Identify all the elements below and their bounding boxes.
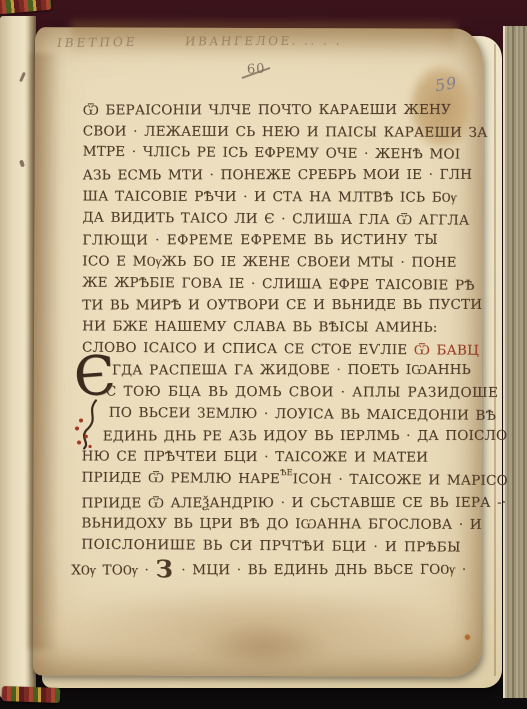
text-segment: ПРІИДЕ Ѿ РЕМЛЮ НАРЕ <box>82 469 280 487</box>
text-line-with-correction: ПРІИДЕ Ѿ РЕМЛЮ НАРЕѢЕІСОН · ТАІСОЖЕ И МА… <box>81 467 471 494</box>
facing-page-edge <box>0 16 36 698</box>
text-line: ЖЕ ЖРѢБІЕ ГОВА ІЕ · СЛИША ЕФРЕ ТАІСОВІЕ … <box>82 272 472 297</box>
text-line: ІСО Е МѸЖЬ БО ІЕ ЖЕНЕ СВОЕИ МТЫ · ПОНЕ <box>82 251 472 274</box>
text-segment: ГДА РАСПЕША ГА ЖИДОВЕ · ПОЕТЬ ІѠАННЬ <box>112 362 471 379</box>
text-line: ДА ВИДИТЬ ТАІСО ЛИ Є · СЛИША ГЛА Ѿ АГГЛА <box>82 207 472 232</box>
folio-number: 59 <box>435 73 458 96</box>
cyrillic-numeral: З <box>155 554 174 583</box>
stain <box>46 583 467 670</box>
text-line: Ѿ БЕРАІСОНІИ ЧЛЧЕ ПОЧТО КАРАЕШИ ЖЕНУ <box>83 100 473 122</box>
text-line: ТИ ВЬ МИРѢ И ОУТВОРИ СЕ И ВЬНИДЕ ВЬ ПУСТ… <box>82 295 472 317</box>
text-segment: СЛОВО ІСАІСО И СПИСА СЕ СТОЕ ЕѴЛІЕ <box>82 339 414 358</box>
text-line: ВЬНИДОХУ ВЬ ЦРИ ВѢ ДО ІѠАННА БГОСЛОВА · … <box>81 514 471 537</box>
text-line: ПРІИДЕ Ѿ АЛЕѮАНДРІЮ · И СЬСТАВШЕ СЕ ВЬ І… <box>81 492 471 514</box>
manuscript-photo: ІВЕТПОЕ ИВАНГЕЛОЕ. .. . . 60 59 Ѿ БЕРАІС… <box>0 0 527 709</box>
text-line-with-numeral: ХѸ ТОѸ · З · МЦИ · ВЬ ЕДИНЬ ДНЬ ВЬСЕ ГОѸ… <box>71 557 471 581</box>
fore-edge-pages <box>503 26 527 698</box>
text-line: СВОИ · ЛЕЖАЕШИ СЬ НЕЮ И ПАІСЫ КАРАЕШИ ЗА <box>83 121 473 144</box>
text-line: НИ БЖЕ НАШЕМУ СЛАВА ВЬ ВѢІСЫ АМИНЬ: <box>82 316 472 339</box>
manuscript-page: ІВЕТПОЕ ИВАНГЕЛОЕ. .. . . 60 59 Ѿ БЕРАІС… <box>33 27 483 677</box>
text-line: МТРЕ · ЧЛІСЬ РЕ ІСЬ ЕФРЕМУ ОЧЕ · ЖЕНѢ МО… <box>83 142 473 167</box>
text-line-with-initial: Є ГДА РАСПЕША ГА ЖИДОВЕ · ПОЕТЬ ІѠАННЬ <box>112 360 472 382</box>
text-segment: ХѸ ТОѸ · <box>71 562 155 578</box>
text-line: ПОІСЛОНИШЕ ВЬ СИ ПРЧТѢИ БЦИ · И ПРѢБЫ <box>81 535 471 560</box>
text-line: ГЛЮЩИ · ЕФРЕМЕ ЕФРЕМЕ ВЬ ИСТИНУ ТЫ <box>82 230 472 252</box>
header-inscription-left: ІВЕТПОЕ <box>56 35 138 50</box>
rust-speck <box>465 635 470 640</box>
text-line-with-rubric: СЛОВО ІСАІСО И СПИСА СЕ СТОЕ ЕѴЛІЕ Ѿ БАВ… <box>82 337 472 362</box>
text-line: НЮ СЕ ПРѢЧТЕИ БЦИ · ТАІСОЖЕ И МАТЕИ <box>82 447 472 470</box>
text-block: Ѿ БЕРАІСОНІИ ЧЛЧЕ ПОЧТО КАРАЕШИ ЖЕНУ СВО… <box>81 99 473 582</box>
rubric-text: Ѿ БАВЦ <box>414 342 479 359</box>
stain <box>29 53 61 649</box>
text-line: ПО ВЬСЕИ ЗЕМЛЮ · ЛОУІСА ВЬ МАІСЕДОНІИ ВѢ <box>109 403 472 428</box>
endband-bottom <box>2 686 60 703</box>
interlinear-correction: ѢЕ <box>280 468 293 478</box>
text-line: С ТОЮ БЦА ВЬ ДОМЬ СВОИ · АПЛЫ РАЗИДОШЕ <box>106 382 472 405</box>
stain <box>194 624 334 670</box>
text-segment: ІСОН · ТАІСОЖЕ И МАРІСО <box>293 471 508 489</box>
text-segment: · МЦИ · ВЬ ЕДИНЬ ДНЬ ВЬСЕ ГОѸ · <box>175 561 467 578</box>
text-line: ЕДИНЬ ДНЬ РЕ АЗЬ ИДОУ ВЬ ІЕРЛМЬ · ДА ПОІ… <box>103 425 472 447</box>
endband-top <box>0 0 52 14</box>
text-line: АЗЬ ЕСМЬ МТИ · ПОНЕЖЕ СРЕБРЬ МОИ ІЕ · ГЛ… <box>83 165 473 187</box>
header-inscription-right: ИВАНГЕЛОЕ. .. . . <box>184 34 343 49</box>
text-line: ША ТАІСОВІЕ РѢЧИ · И СТА НА МЛТВѢ ІСЬ БѸ <box>83 186 473 209</box>
